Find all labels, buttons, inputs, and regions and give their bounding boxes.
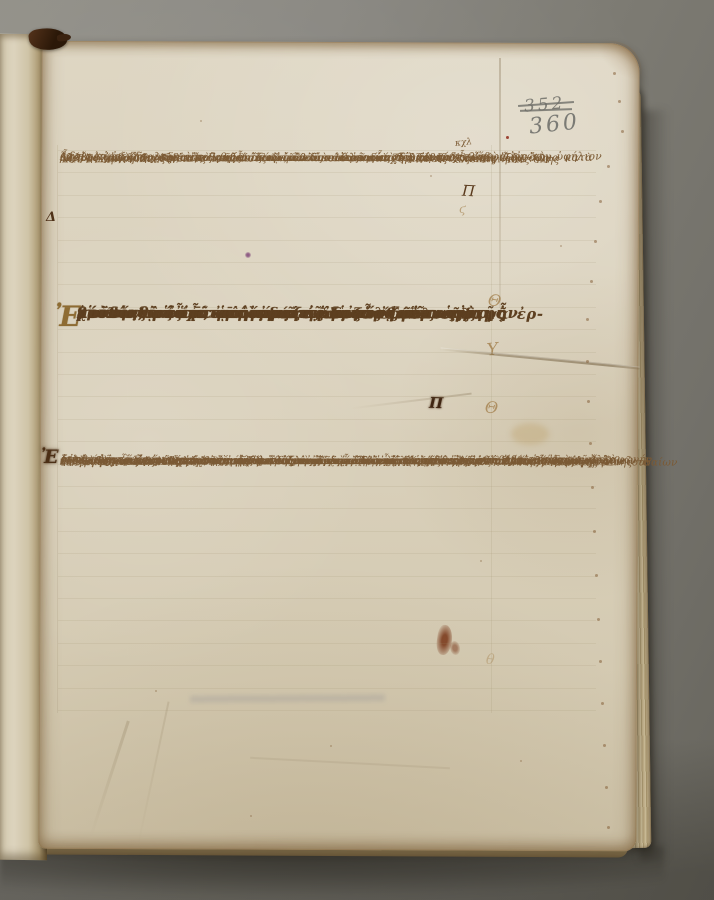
parchment-crease [350, 393, 471, 410]
ruling-line [491, 145, 492, 713]
ruling-line [58, 329, 596, 330]
ruling-line [58, 598, 596, 599]
speck [200, 120, 202, 122]
ruling-line [58, 508, 596, 509]
parchment-crease [250, 757, 450, 769]
ruling-line [58, 441, 596, 442]
ruling-line [58, 531, 596, 532]
pricking-dot [621, 130, 624, 133]
pricking-dot [618, 100, 621, 103]
pricking-dot [613, 72, 616, 75]
ruling-line [58, 419, 596, 420]
ruling-line [58, 195, 596, 196]
margin-mark: Δ [46, 210, 56, 225]
speck [560, 245, 562, 247]
pricking-dot [607, 165, 610, 168]
page-content: 352 360 κχλ βλάβην, ἀπὸ τῆς σημασίας τῆς… [0, 0, 714, 900]
ruling-line [58, 553, 596, 554]
ruling-line [58, 240, 596, 241]
purple-ink-blot [245, 252, 251, 258]
ruling-line [58, 688, 596, 689]
speck [520, 760, 522, 762]
pricking-dot [605, 786, 608, 789]
pricking-dot [586, 360, 589, 363]
parchment-crease [89, 721, 130, 838]
pricking-dot [586, 318, 589, 321]
ruling-line [58, 665, 596, 666]
speck [430, 175, 432, 177]
folio-number: 360 [528, 109, 581, 139]
pricking-dot [599, 660, 602, 663]
pricking-dot [587, 400, 590, 403]
ruling-line [58, 352, 596, 353]
show-through-ghost-text [190, 694, 385, 702]
pricking-dot [590, 280, 593, 283]
pricking-dot [607, 826, 610, 829]
ruling-line [58, 150, 596, 151]
pricking-dot [591, 486, 594, 489]
parchment-crease [136, 701, 169, 848]
speck [480, 560, 482, 562]
speck [330, 745, 332, 747]
ruling-line [58, 486, 596, 487]
ruling-line [58, 576, 596, 577]
pricking-dot [599, 200, 602, 203]
parchment-crease [499, 58, 501, 308]
pricking-dot [594, 240, 597, 243]
ruling-line [57, 145, 58, 713]
ruling-line [58, 396, 596, 397]
margin-mark: ϛ [459, 202, 466, 216]
speck [250, 815, 252, 817]
pricking-dot [589, 442, 592, 445]
marginal-initial-epsilon: Ἐ [41, 448, 58, 467]
pricking-dot [593, 530, 596, 533]
ruling-line [58, 172, 596, 173]
pricking-dot [601, 702, 604, 705]
ruling-line [58, 262, 596, 263]
pricking-dot [595, 574, 598, 577]
ruling-line [58, 217, 596, 218]
ruling-line [58, 374, 596, 375]
manuscript-photo: 352 360 κχλ βλάβην, ἀπὸ τῆς σημασίας τῆς… [0, 0, 714, 900]
ruling-line [58, 620, 596, 621]
margin-mark: Υ [486, 339, 499, 360]
ruling-line [58, 284, 596, 285]
ruling-line [58, 643, 596, 644]
pricking-dot [597, 618, 600, 621]
text-line: τὰ γραφέντα ὧδε λίαν ἔχειν πρὸς ὑπομονὴν… [60, 450, 617, 473]
red-ink-speck [506, 136, 509, 139]
pricking-dot [603, 744, 606, 747]
ruling-line [58, 464, 596, 465]
ruling-line [58, 307, 596, 308]
margin-mark: Π [462, 182, 476, 201]
speck [155, 690, 157, 692]
ruling-line [58, 710, 596, 711]
